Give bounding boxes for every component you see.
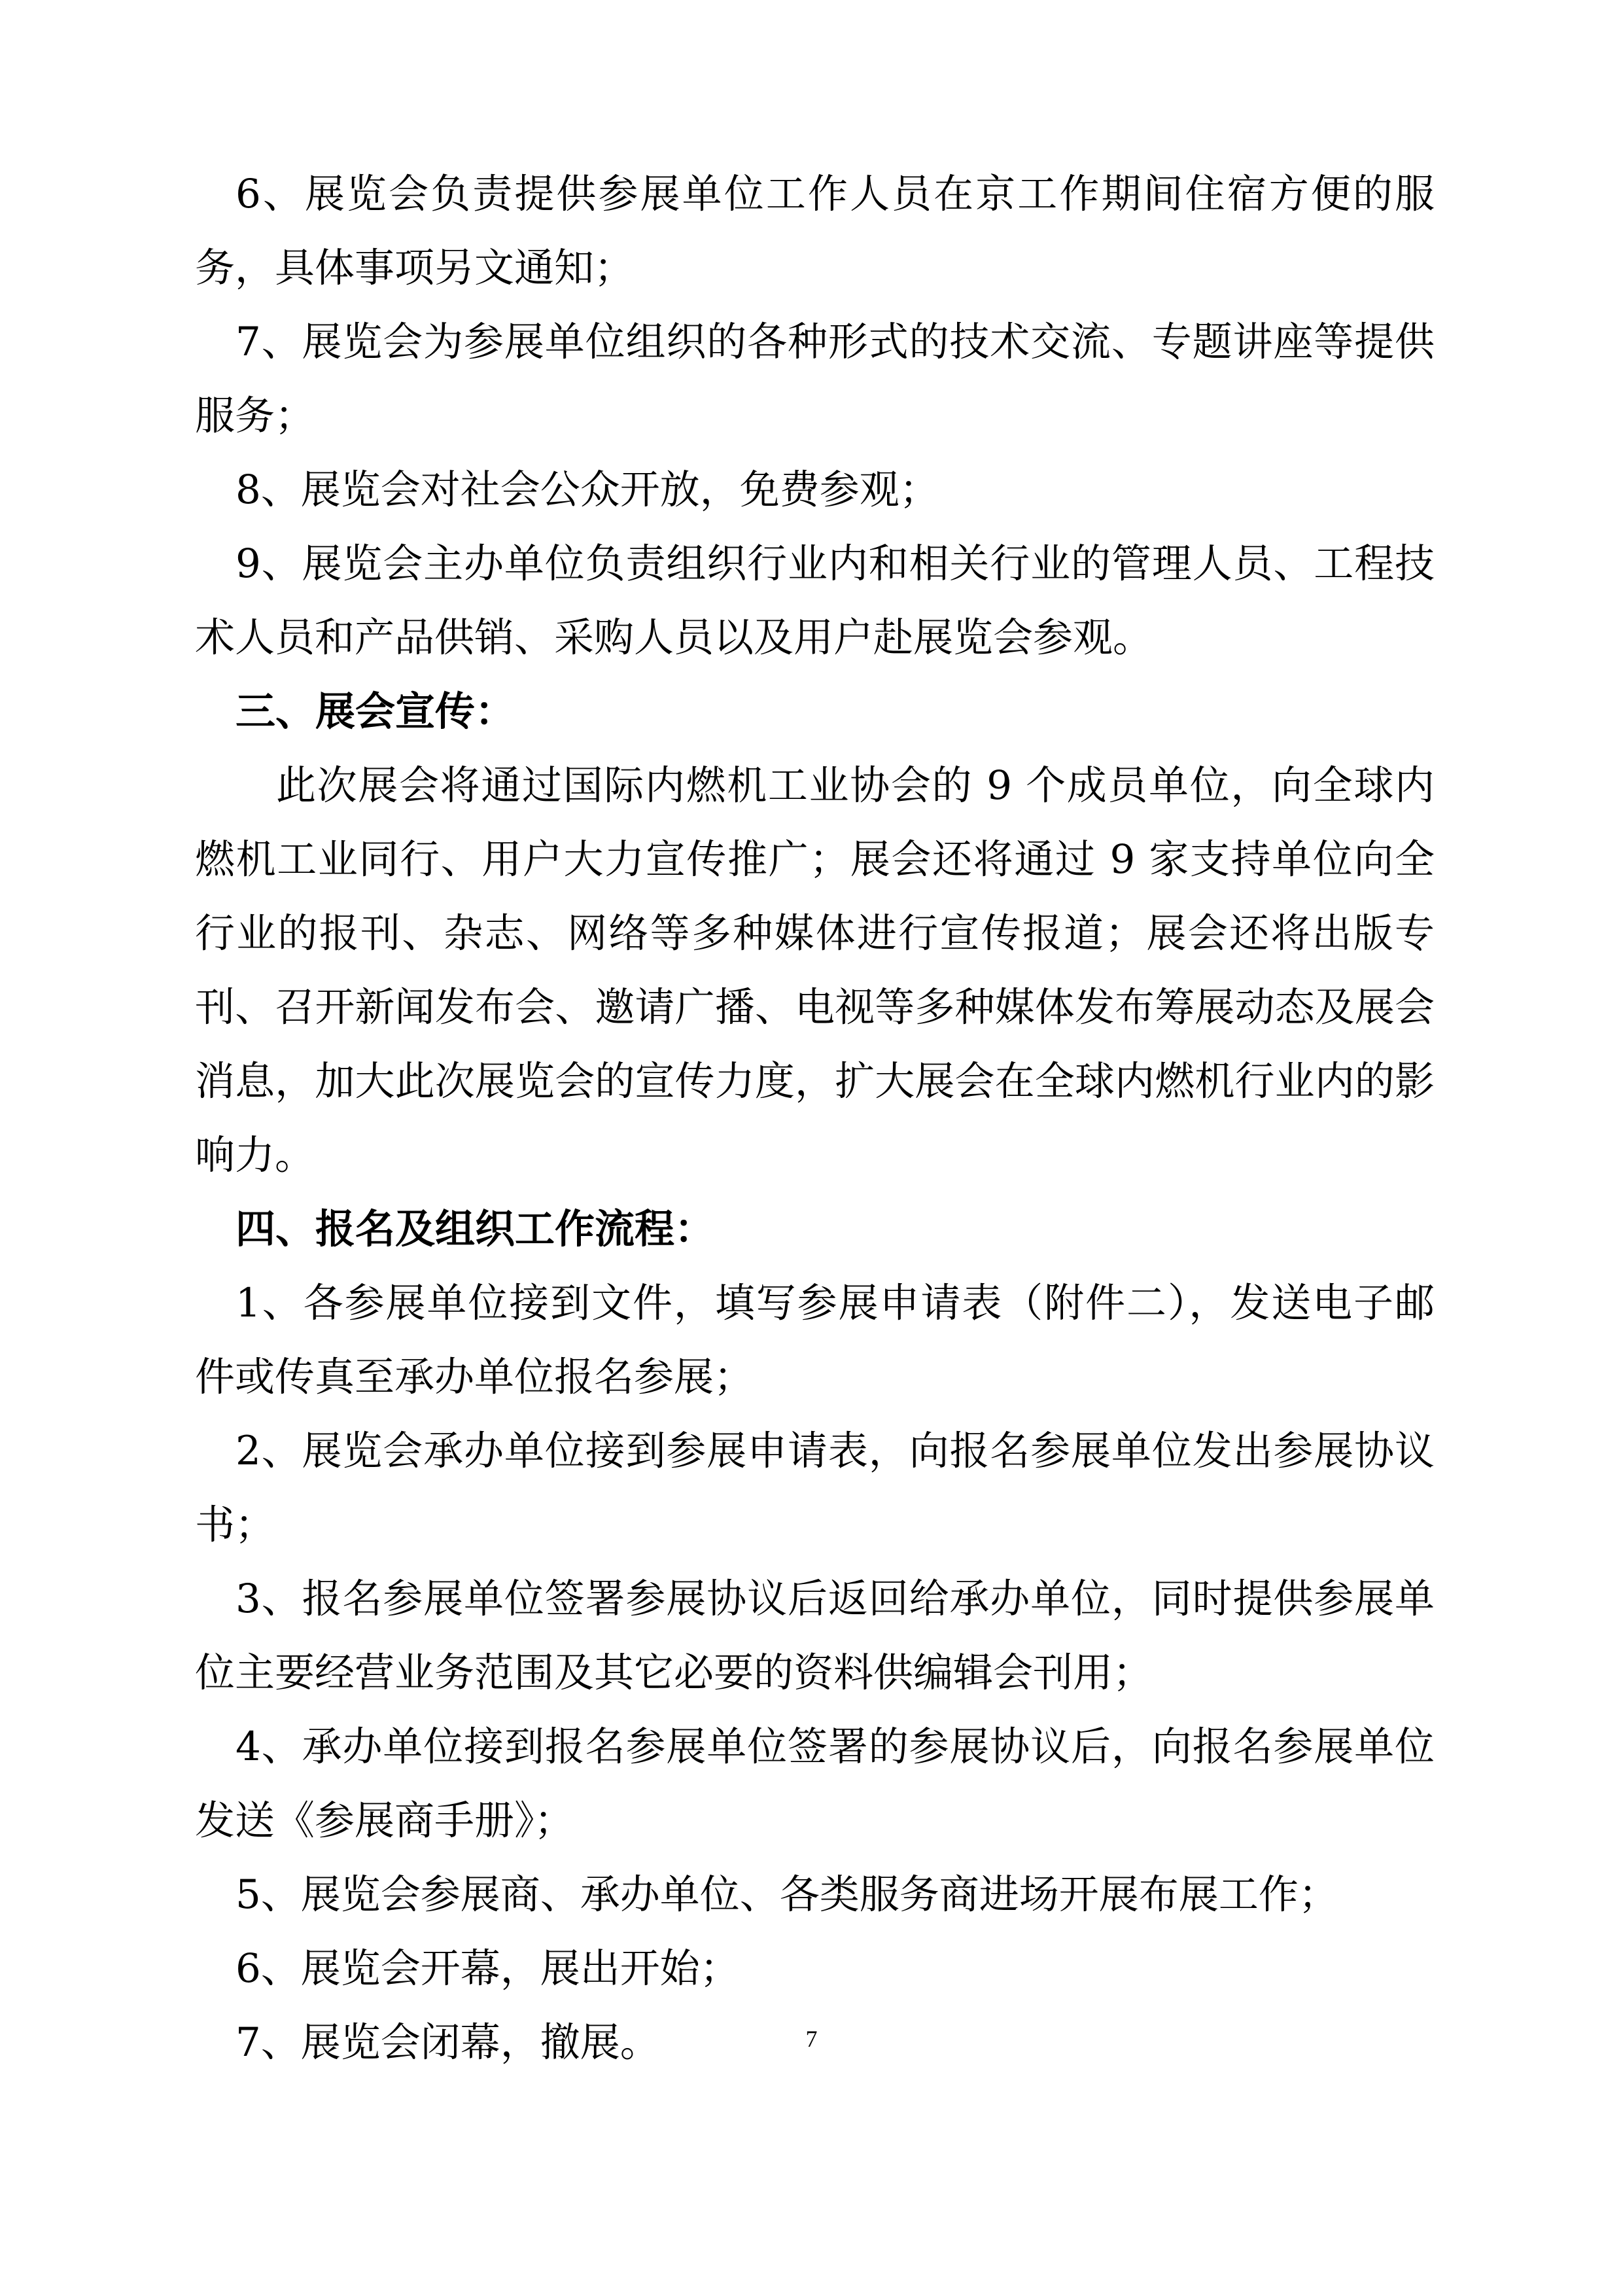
list-item: 4、承办单位接到报名参展单位签署的参展协议后，向报名参展单位发送《参展商手册》；	[195, 1710, 1435, 1858]
list-item: 6、展览会负责提供参展单位工作人员在京工作期间住宿方便的服务，具体事项另文通知；	[195, 157, 1435, 305]
list-item: 8、展览会对社会公众开放，免费参观；	[195, 453, 1435, 527]
list-item: 2、展览会承办单位接到参展申请表，向报名参展单位发出参展协议书；	[195, 1414, 1435, 1562]
list-item: 5、展览会参展商、承办单位、各类服务商进场开展布展工作；	[195, 1858, 1435, 1932]
document-page: 6、展览会负责提供参展单位工作人员在京工作期间住宿方便的服务，具体事项另文通知；…	[195, 157, 1435, 2079]
list-item: 3、报名参展单位签署参展协议后返回给承办单位，同时提供参展单位主要经营业务范围及…	[195, 1562, 1435, 1710]
list-item: 9、展览会主办单位负责组织行业内和相关行业的管理人员、工程技术人员和产品供销、采…	[195, 527, 1435, 675]
section-body-promotion: 此次展会将通过国际内燃机工业协会的 9 个成员单位，向全球内燃机工业同行、用户大…	[195, 749, 1435, 1192]
section-heading-registration: 四、报名及组织工作流程：	[195, 1192, 1435, 1266]
list-item: 7、展览会为参展单位组织的各种形式的技术交流、专题讲座等提供服务；	[195, 305, 1435, 453]
page-number: 7	[0, 2025, 1623, 2053]
list-item: 1、各参展单位接到文件，填写参展申请表（附件二），发送电子邮件或传真至承办单位报…	[195, 1266, 1435, 1414]
list-item: 6、展览会开幕，展出开始；	[195, 1932, 1435, 2005]
section-heading-promotion: 三、展会宣传：	[195, 675, 1435, 749]
